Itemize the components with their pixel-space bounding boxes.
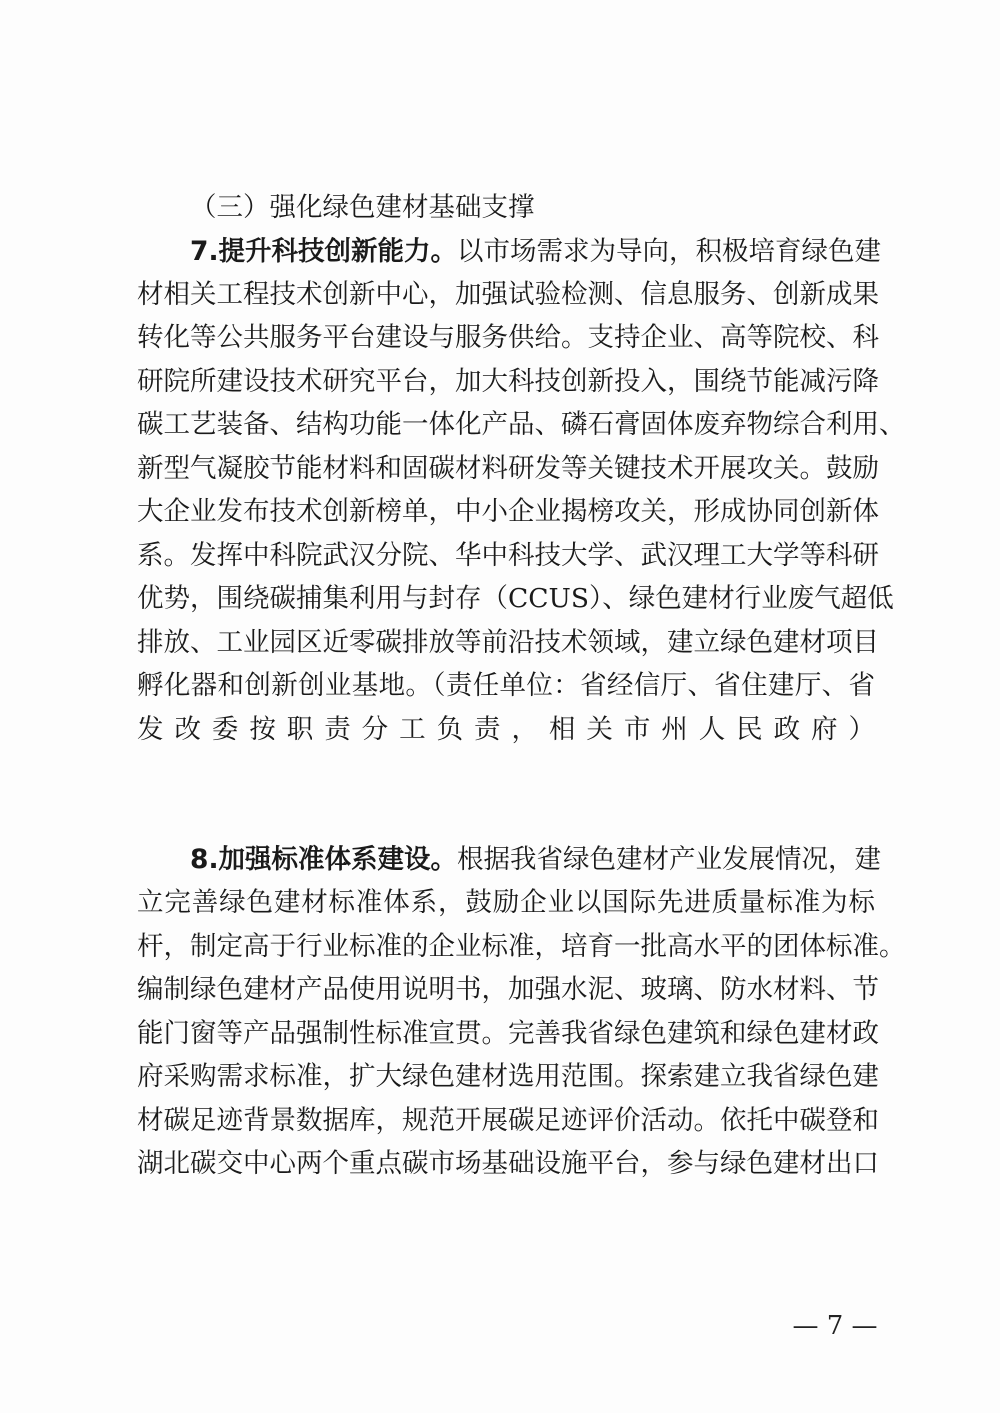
paragraph-line: 系。发挥中科院武汉分院、华中科技大学、武汉理工大学等科研: [137, 534, 875, 578]
paragraph-line: 发改委按职责分工负责，相关市州人民政府）: [137, 708, 875, 752]
paragraph-line: 杆，制定高于行业标准的企业标准，培育一批高水平的团体标准。: [137, 925, 875, 969]
paragraph-line: 材碳足迹背景数据库，规范开展碳足迹评价活动。依托中碳登和: [137, 1099, 875, 1143]
item-8-text: 根据我省绿色建材产业发展情况，建: [457, 844, 881, 875]
item-8-first-line: 8.加强标准体系建设。根据我省绿色建材产业发展情况，建: [190, 838, 875, 882]
item-8-title: 8.加强标准体系建设。: [190, 844, 457, 875]
paragraph-line: 转化等公共服务平台建设与服务供给。支持企业、高等院校、科: [137, 316, 875, 360]
paragraph-line: 材相关工程技术创新中心，加强试验检测、信息服务、创新成果: [137, 273, 875, 317]
paragraph-line: 优势，围绕碳捕集利用与封存（CCUS）、绿色建材行业废气超低: [137, 577, 875, 621]
paragraph-line: 编制绿色建材产品使用说明书，加强水泥、玻璃、防水材料、节: [137, 968, 875, 1012]
item-7-text: 以市场需求为导向，积极培育绿色建: [457, 236, 881, 267]
paragraph-line: 新型气凝胶节能材料和固碳材料研发等关键技术开展攻关。鼓励: [137, 447, 875, 491]
page-number: — 7 —: [785, 1310, 885, 1342]
paragraph-line: 能门窗等产品强制性标准宣贯。完善我省绿色建筑和绿色建材政: [137, 1012, 875, 1056]
paragraph-line: 孵化器和创新创业基地。（责任单位：省经信厅、省住建厅、省: [137, 664, 875, 708]
paragraph-line: 大企业发布技术创新榜单，中小企业揭榜攻关，形成协同创新体: [137, 490, 875, 534]
paragraph-line: 湖北碳交中心两个重点碳市场基础设施平台，参与绿色建材出口: [137, 1142, 875, 1186]
paragraph-line: 碳工艺装备、结构功能一体化产品、磷石膏固体废弃物综合利用、: [137, 403, 875, 447]
document-page: （三）强化绿色建材基础支撑 7.提升科技创新能力。以市场需求为导向，积极培育绿色…: [0, 0, 1000, 1413]
paragraph-line: 立完善绿色建材标准体系，鼓励企业以国际先进质量标准为标: [137, 881, 875, 925]
item-7-first-line: 7.提升科技创新能力。以市场需求为导向，积极培育绿色建: [190, 230, 875, 274]
section-heading: （三）强化绿色建材基础支撑: [190, 186, 535, 230]
paragraph-line: 府采购需求标准，扩大绿色建材选用范围。探索建立我省绿色建: [137, 1055, 875, 1099]
paragraph-line: 排放、工业园区近零碳排放等前沿技术领域，建立绿色建材项目: [137, 621, 875, 665]
item-7-title: 7.提升科技创新能力。: [190, 236, 457, 267]
paragraph-line: 研院所建设技术研究平台，加大科技创新投入，围绕节能减污降: [137, 360, 875, 404]
